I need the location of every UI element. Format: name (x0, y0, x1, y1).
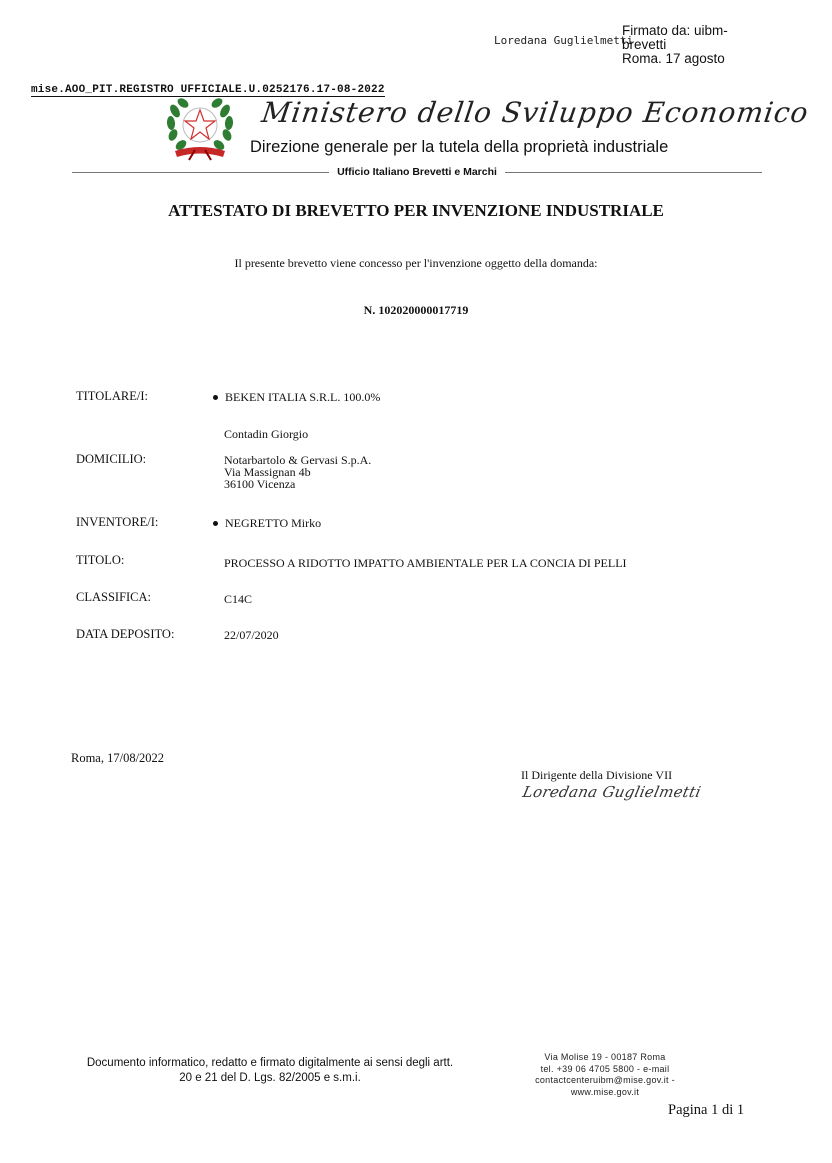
inventore-value: NEGRETTO Mirko (213, 517, 321, 529)
place-date: Roma, 17/08/2022 (71, 751, 164, 766)
office-banner: Ufficio Italiano Brevetti e Marchi (72, 165, 762, 179)
domicilio-label: DOMICILIO: (76, 452, 146, 467)
legal-note-line: Documento informatico, redatto e firmato… (60, 1056, 480, 1071)
contact-line: Via Molise 19 - 00187 Roma (530, 1052, 680, 1064)
document-intro: Il presente brevetto viene concesso per … (0, 256, 832, 271)
bullet-icon (213, 395, 218, 400)
digital-signature-info: Firmato da: uibm- brevetti Roma. 17 agos… (622, 24, 782, 66)
inventore-label: INVENTORE/I: (76, 515, 158, 530)
legal-note-line: 20 e 21 del D. Lgs. 82/2005 e s.m.i. (60, 1071, 480, 1086)
divider (72, 172, 329, 173)
titolo-value: PROCESSO A RIDOTTO IMPATTO AMBIENTALE PE… (224, 557, 627, 569)
signed-by-line: Roma. 17 agosto (622, 52, 782, 66)
divider (505, 172, 762, 173)
contact-website: www.mise.gov.it (530, 1087, 680, 1099)
office-contacts: Via Molise 19 - 00187 Roma tel. +39 06 4… (530, 1052, 680, 1098)
data-deposito-value: 22/07/2020 (224, 629, 279, 641)
contact-email: contactcenteruibm@mise.gov.it - (530, 1075, 680, 1087)
handwritten-signature: Loredana Guglielmetti (521, 783, 703, 801)
inventore-item: NEGRETTO Mirko (225, 516, 321, 530)
titolare-item: BEKEN ITALIA S.R.L. 100.0% (225, 390, 380, 404)
page-number: Pagina 1 di 1 (668, 1102, 744, 1119)
application-number: N. 102020000017719 (0, 303, 832, 318)
titolare-label: TITOLARE/I: (76, 389, 148, 404)
signed-by-line: brevetti (622, 38, 782, 52)
data-deposito-label: DATA DEPOSITO: (76, 627, 174, 642)
domicilio-contact: Contadin Giorgio (224, 428, 308, 440)
ministry-name: Ministero dello Sviluppo Economico (260, 96, 811, 129)
italian-republic-emblem-icon (165, 95, 235, 161)
classifica-label: CLASSIFICA: (76, 590, 151, 605)
document-title: ATTESTATO DI BREVETTO PER INVENZIONE IND… (0, 201, 832, 221)
titolo-label: TITOLO: (76, 553, 124, 568)
domicilio-address: Notarbartolo & Gervasi S.p.A. Via Massig… (224, 454, 371, 490)
digital-signer-name: Loredana Guglielmetti (494, 34, 633, 47)
classifica-value: C14C (224, 593, 252, 605)
legal-note: Documento informatico, redatto e firmato… (60, 1056, 480, 1086)
titolare-value: BEKEN ITALIA S.R.L. 100.0% (213, 391, 380, 403)
address-line: 36100 Vicenza (224, 478, 371, 490)
office-name: Ufficio Italiano Brevetti e Marchi (329, 166, 505, 178)
signed-by-line: Firmato da: uibm- (622, 24, 782, 38)
direction-name: Direzione generale per la tutela della p… (250, 138, 668, 157)
signer-role: Il Dirigente della Divisione VII (521, 768, 672, 783)
contact-line: tel. +39 06 4705 5800 - e-mail (530, 1064, 680, 1076)
bullet-icon (213, 521, 218, 526)
